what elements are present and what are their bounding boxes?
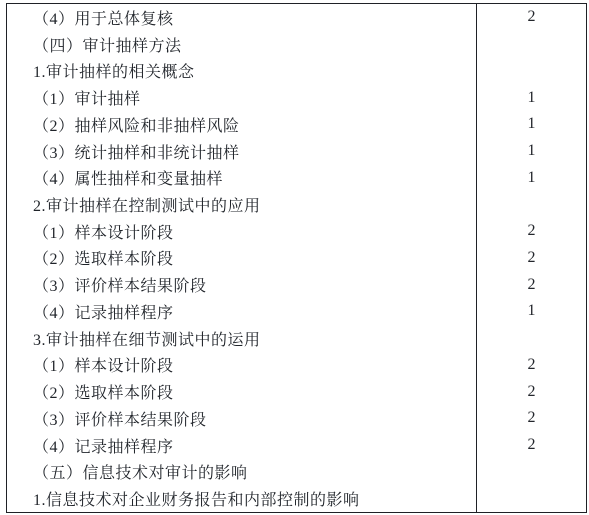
topic-label: 2.审计抽样在控制测试中的应用: [7, 193, 476, 216]
table-row: （4）用于总体复核 2: [7, 4, 586, 31]
level-value: 1: [476, 164, 586, 191]
level-value: 2: [476, 271, 586, 298]
topic-label: （1）样本设计阶段: [7, 220, 476, 243]
topic-label: （4）用于总体复核: [7, 6, 476, 29]
table-row: （4）属性抽样和变量抽样 1: [7, 164, 586, 191]
syllabus-table: （4）用于总体复核 2 （四）审计抽样方法 1.审计抽样的相关概念 （1）审计抽…: [6, 3, 587, 513]
table-row: （1）样本设计阶段 2: [7, 352, 586, 379]
level-value: 1: [476, 138, 586, 165]
table-row: （3）统计抽样和非统计抽样 1: [7, 138, 586, 165]
topic-label: （2）选取样本阶段: [7, 246, 476, 269]
level-value: 2: [476, 432, 586, 459]
table-row: （4）记录抽样程序 2: [7, 432, 586, 459]
topic-label: （2）选取样本阶段: [7, 380, 476, 403]
topic-label: （3）评价样本结果阶段: [7, 273, 476, 296]
topic-label: （1）样本设计阶段: [7, 353, 476, 376]
topic-label: （4）记录抽样程序: [7, 434, 476, 457]
table-row: （1）样本设计阶段 2: [7, 218, 586, 245]
topic-label: （4）属性抽样和变量抽样: [7, 166, 476, 189]
topic-label: （3）评价样本结果阶段: [7, 407, 476, 430]
topic-label: （2）抽样风险和非抽样风险: [7, 113, 476, 136]
level-value: 1: [476, 84, 586, 111]
level-value: [476, 31, 586, 58]
table-row: （五）信息技术对审计的影响: [7, 458, 586, 485]
topic-label: （4）记录抽样程序: [7, 300, 476, 323]
level-value: 2: [476, 4, 586, 31]
level-value: [476, 325, 586, 352]
topic-label: 3.审计抽样在细节测试中的运用: [7, 327, 476, 350]
topic-label: （四）审计抽样方法: [7, 33, 476, 56]
level-value: 2: [476, 352, 586, 379]
level-value: [476, 191, 586, 218]
level-value: 2: [476, 405, 586, 432]
table-row: （3）评价样本结果阶段 2: [7, 405, 586, 432]
level-value: [476, 458, 586, 485]
table-row: （四）审计抽样方法: [7, 31, 586, 58]
table-row: （2）选取样本阶段 2: [7, 378, 586, 405]
topic-label: 1.信息技术对企业财务报告和内部控制的影响: [7, 487, 476, 510]
topic-label: （五）信息技术对审计的影响: [7, 460, 476, 483]
table-row: （3）评价样本结果阶段 2: [7, 271, 586, 298]
level-value: 2: [476, 245, 586, 272]
table-row: （4）记录抽样程序 1: [7, 298, 586, 325]
table-row: （1）审计抽样 1: [7, 84, 586, 111]
level-value: [476, 485, 586, 512]
table-row: 3.审计抽样在细节测试中的运用: [7, 325, 586, 352]
topic-label: （3）统计抽样和非统计抽样: [7, 140, 476, 163]
level-value: 2: [476, 378, 586, 405]
topic-label: 1.审计抽样的相关概念: [7, 59, 476, 82]
table-row: 1.审计抽样的相关概念: [7, 57, 586, 84]
level-value: 1: [476, 111, 586, 138]
level-value: 1: [476, 298, 586, 325]
level-value: [476, 57, 586, 84]
table-row: 1.信息技术对企业财务报告和内部控制的影响: [7, 485, 586, 512]
table-row: 2.审计抽样在控制测试中的应用: [7, 191, 586, 218]
level-value: 2: [476, 218, 586, 245]
table-row: （2）选取样本阶段 2: [7, 245, 586, 272]
topic-label: （1）审计抽样: [7, 86, 476, 109]
table-row: （2）抽样风险和非抽样风险 1: [7, 111, 586, 138]
